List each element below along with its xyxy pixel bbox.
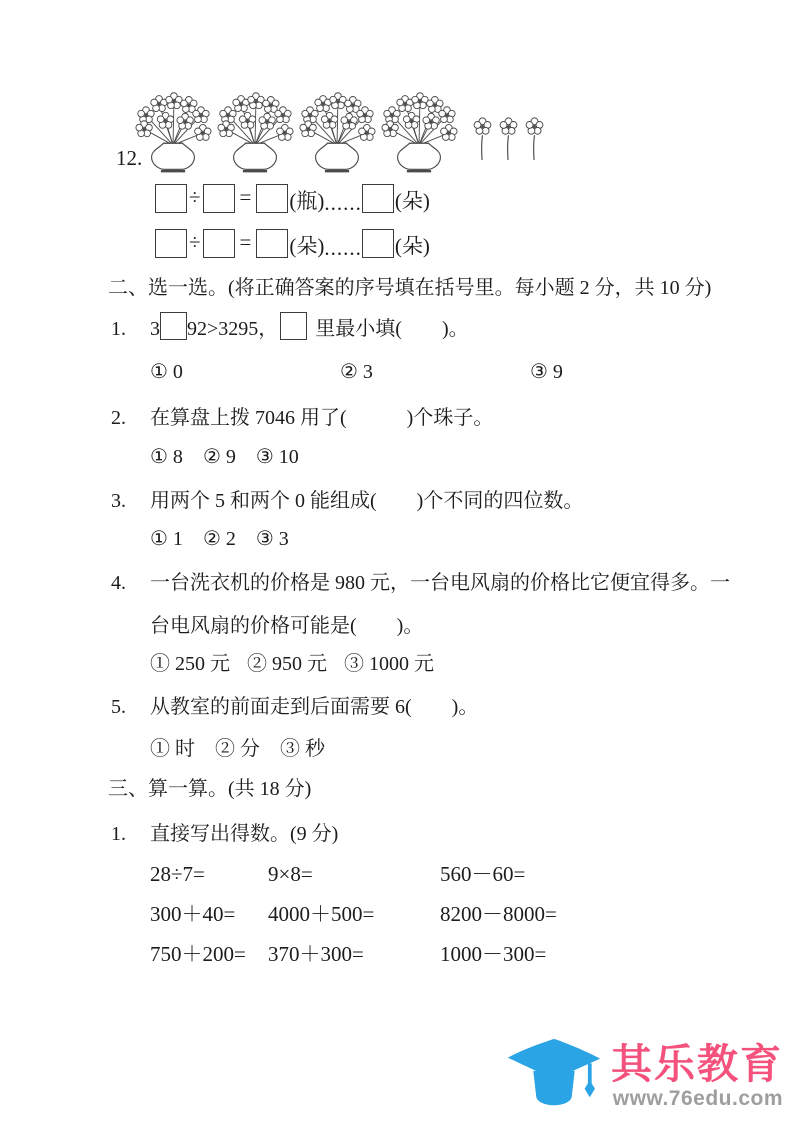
- calc-item: 4000＋500=: [268, 902, 440, 926]
- divide-sign: ÷: [189, 187, 201, 208]
- option: ③ 3: [256, 527, 289, 551]
- calc-row: 28÷7= 9×8= 560－60=: [150, 862, 753, 886]
- calc-item: 1000－300=: [440, 942, 753, 966]
- answer-box: [256, 184, 288, 213]
- option: ① 0: [150, 360, 340, 384]
- answer-box: [155, 184, 187, 213]
- option: ③ 1000 元: [344, 652, 434, 676]
- question-3: 3. 用两个 5 和两个 0 能组成( )个不同的四位数。: [108, 489, 753, 513]
- option: ③ 秒: [280, 737, 325, 761]
- question-1: 1. 392>3295，里最小填( )。: [108, 308, 753, 344]
- question-1-options: ① 0 ② 3 ③ 9: [150, 360, 753, 384]
- brand-url: www.76edu.com: [613, 1087, 783, 1111]
- question-text: 台电风扇的价格可能是( )。: [150, 614, 423, 638]
- flower-icon: [472, 116, 493, 162]
- calc-subtitle: 1. 直接写出得数。(9 分): [108, 822, 753, 846]
- question-text: 392>3295，里最小填( )。: [150, 312, 469, 344]
- worksheet-content: 12. ÷ = (瓶) ......: [108, 88, 753, 966]
- equals-sign: =: [240, 187, 252, 208]
- calc-item: 9×8=: [268, 862, 440, 886]
- option: ① 250 元: [150, 652, 230, 676]
- unit-label: (瓶): [289, 189, 324, 213]
- question-4-options: ① 250 元 ② 950 元 ③ 1000 元: [150, 652, 753, 676]
- calc-item: 8200－8000=: [440, 902, 753, 926]
- divide-sign: ÷: [189, 232, 201, 253]
- unit-label: (朵): [395, 189, 430, 213]
- question-3-options: ① 1 ② 2 ③ 3: [150, 527, 753, 551]
- option: ③ 9: [530, 360, 753, 384]
- option: ② 分: [215, 737, 260, 761]
- answer-box: [362, 229, 394, 258]
- calc-row: 750＋200= 370＋300= 1000－300=: [150, 942, 753, 966]
- flower-vase-icon: [214, 90, 296, 174]
- question-text: 从教室的前面走到后面需要 6( )。: [150, 695, 478, 719]
- answer-box: [362, 184, 394, 213]
- equals-sign: =: [240, 232, 252, 253]
- subtitle-text: 直接写出得数。(9 分): [150, 822, 338, 846]
- question-number: 2.: [108, 406, 150, 430]
- graduation-cap-icon: [501, 1037, 607, 1117]
- unit-label: (朵): [395, 234, 430, 258]
- option: ② 2: [203, 527, 236, 551]
- answer-box: [155, 229, 187, 258]
- answer-box: [203, 184, 235, 213]
- flower-vase-icon: [132, 90, 214, 174]
- option: ① 8: [150, 445, 183, 469]
- calc-item: 750＋200=: [150, 942, 268, 966]
- site-logo: 其乐教育 www.76edu.com: [501, 1037, 783, 1117]
- question-4-continued: 台电风扇的价格可能是( )。: [108, 614, 753, 638]
- logo-text: 其乐教育 www.76edu.com: [611, 1043, 783, 1111]
- worksheet-page: 12. ÷ = (瓶) ......: [0, 0, 793, 1122]
- option: ② 9: [203, 445, 236, 469]
- blank-box: [160, 312, 187, 340]
- question-number: 12.: [116, 146, 142, 171]
- option: ② 3: [340, 360, 530, 384]
- question-number: 3.: [108, 489, 150, 513]
- unit-label: (朵): [289, 234, 324, 258]
- calc-row: 300＋40= 4000＋500= 8200－8000=: [150, 902, 753, 926]
- section-2-title: 二、选一选。(将正确答案的序号填在括号里。每小题 2 分，共 10 分): [108, 276, 753, 300]
- flower-vase-icon: [296, 90, 378, 174]
- option: ① 时: [150, 737, 195, 761]
- single-flowers: [472, 116, 545, 162]
- question-2-options: ① 8 ② 9 ③ 10: [150, 445, 753, 469]
- calc-item: 370＋300=: [268, 942, 440, 966]
- question-number: 1.: [108, 314, 150, 344]
- section-3-title: 三、算一算。(共 18 分): [108, 777, 753, 801]
- calc-item: 300＋40=: [150, 902, 268, 926]
- equation-line-1: ÷ = (瓶) ...... (朵): [155, 181, 753, 213]
- question-number: 4.: [108, 571, 150, 595]
- brand-name: 其乐教育: [611, 1043, 783, 1086]
- question-12: 12. ÷ = (瓶) ......: [108, 88, 753, 258]
- answer-box: [203, 229, 235, 258]
- option: ③ 10: [256, 445, 299, 469]
- equation-line-2: ÷ = (朵) ...... (朵): [155, 226, 753, 258]
- question-2: 2. 在算盘上拨 7046 用了( )个珠子。: [108, 406, 753, 430]
- calc-item: 560－60=: [440, 862, 753, 886]
- question-number: 5.: [108, 695, 150, 719]
- flower-icon: [524, 116, 545, 162]
- answer-box: [256, 229, 288, 258]
- remainder-dots: ......: [324, 194, 362, 213]
- flower-vase-icon: [378, 90, 460, 174]
- remainder-dots: ......: [324, 239, 362, 258]
- question-4: 4. 一台洗衣机的价格是 980 元，一台电风扇的价格比它便宜得多。一: [108, 571, 753, 595]
- question-5: 5. 从教室的前面走到后面需要 6( )。: [108, 695, 753, 719]
- flower-illustration: [132, 88, 753, 174]
- question-text: 在算盘上拨 7046 用了( )个珠子。: [150, 406, 493, 430]
- flower-icon: [498, 116, 519, 162]
- option: ① 1: [150, 527, 183, 551]
- question-text: 一台洗衣机的价格是 980 元，一台电风扇的价格比它便宜得多。一: [150, 571, 730, 595]
- question-5-options: ① 时 ② 分 ③ 秒: [150, 737, 753, 761]
- question-number: 1.: [108, 822, 150, 846]
- indent: [108, 614, 150, 638]
- blank-box: [280, 312, 307, 340]
- question-text: 用两个 5 和两个 0 能组成( )个不同的四位数。: [150, 489, 583, 513]
- calc-item: 28÷7=: [150, 862, 268, 886]
- option: ② 950 元: [247, 652, 327, 676]
